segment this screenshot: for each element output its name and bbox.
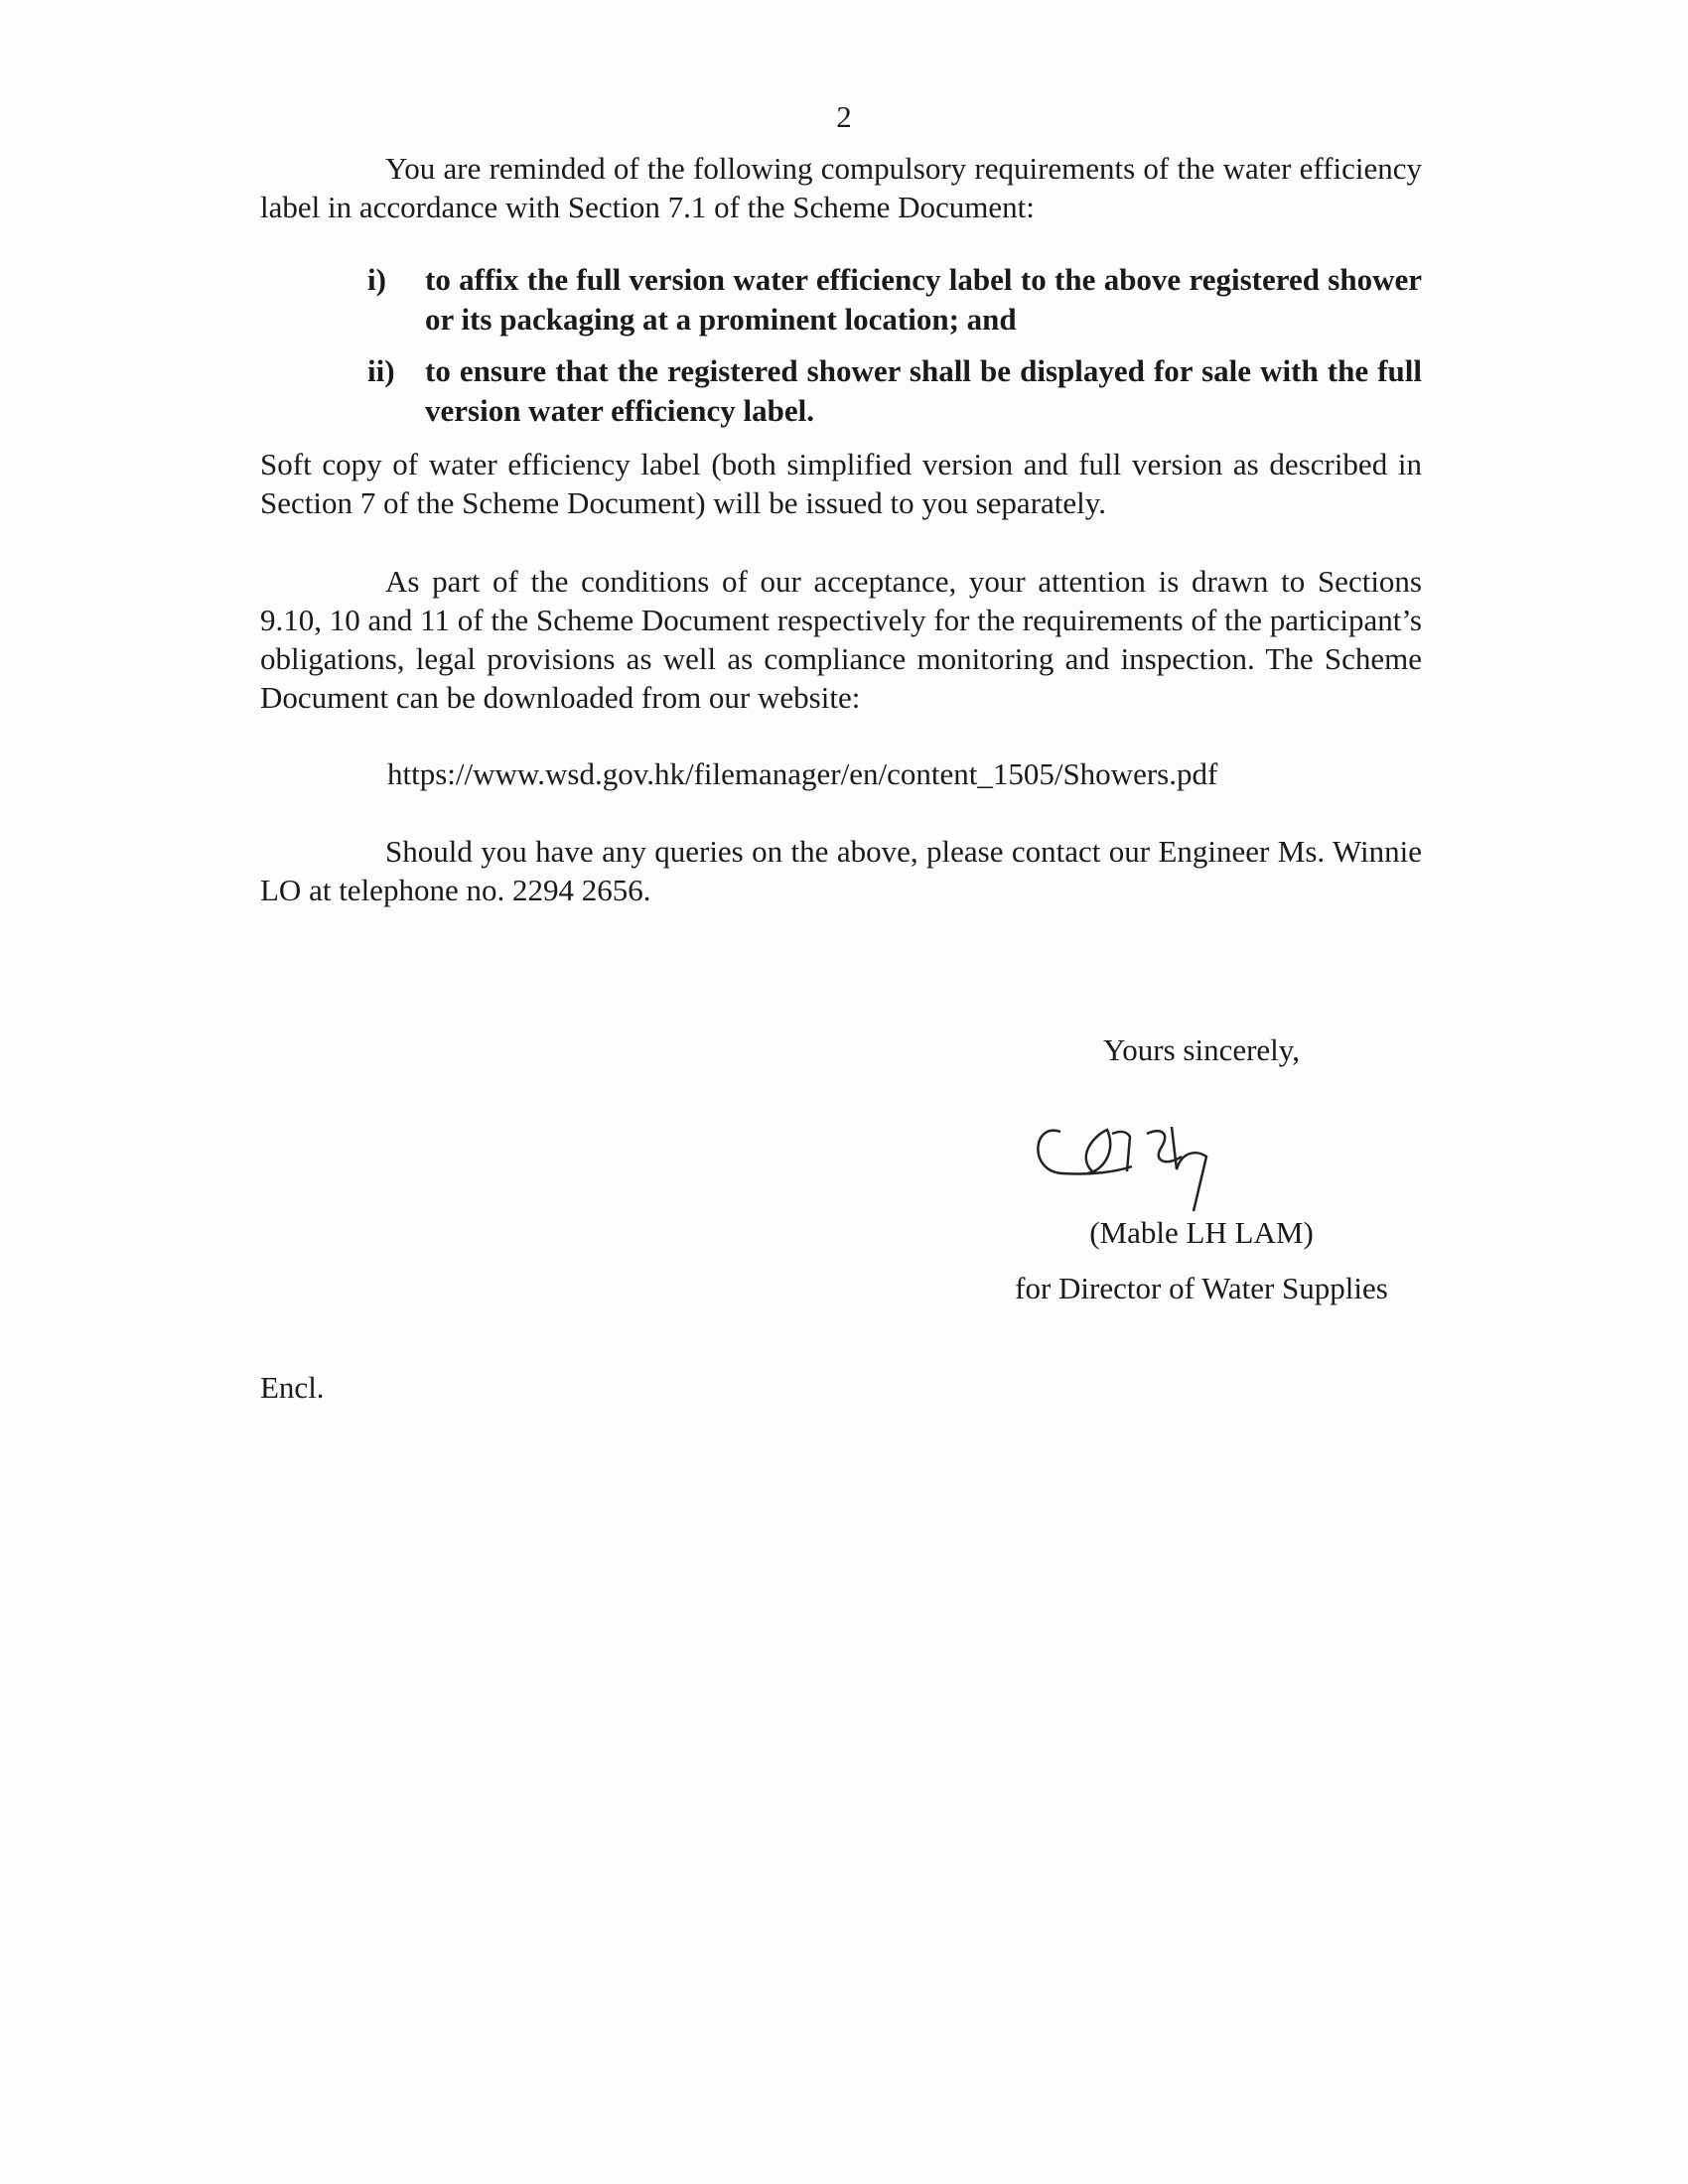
conditions-paragraph: As part of the conditions of our accepta… <box>260 562 1422 717</box>
closing-salutation: Yours sincerely, <box>953 1032 1450 1068</box>
signatory-title: for Director of Water Supplies <box>953 1271 1450 1306</box>
signature-image <box>1023 1112 1281 1221</box>
enclosure-note: Encl. <box>260 1370 325 1406</box>
soft-copy-paragraph: Soft copy of water efficiency label (bot… <box>260 445 1422 522</box>
scheme-document-url[interactable]: https://www.wsd.gov.hk/filemanager/en/co… <box>387 756 1217 792</box>
requirement-item: ii) to ensure that the registered shower… <box>367 351 1422 431</box>
requirements-list: i) to affix the full version water effic… <box>367 260 1422 443</box>
requirement-item: i) to affix the full version water effic… <box>367 260 1422 340</box>
contact-paragraph: Should you have any queries on the above… <box>260 832 1422 909</box>
requirement-text: to ensure that the registered shower sha… <box>425 351 1422 431</box>
signatory-name: (Mable LH LAM) <box>953 1215 1450 1251</box>
requirement-marker: i) <box>367 260 425 340</box>
intro-paragraph: You are reminded of the following compul… <box>260 149 1422 226</box>
requirement-marker: ii) <box>367 351 425 431</box>
page-number: 2 <box>0 99 1688 135</box>
requirement-text: to affix the full version water efficien… <box>425 260 1422 340</box>
